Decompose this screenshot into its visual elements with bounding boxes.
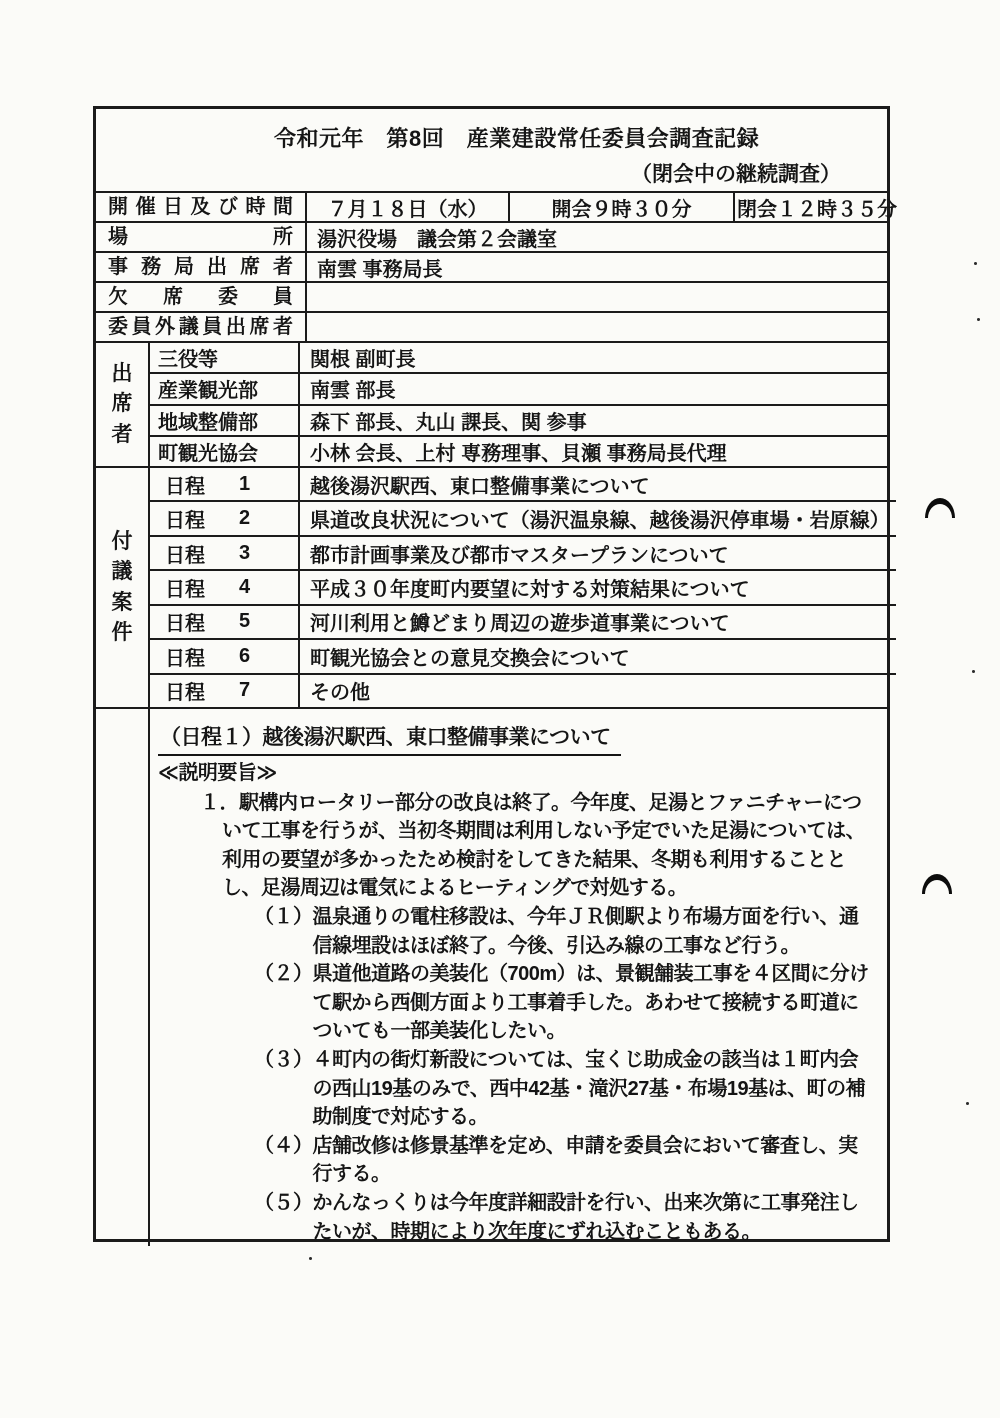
scan-artifact-arc — [925, 498, 955, 518]
agenda-label: 日程 — [165, 676, 205, 705]
agenda-row: 日程2 県道改良状況について（湯沢温泉線、越後湯沢停車場・岩原線） — [150, 500, 896, 534]
agenda-item-number: 日程7 — [150, 675, 300, 707]
summary-subitem: （５） かんなっくりは今年度詳細設計を行い、出来次第に工事発注したいが、時期によ… — [254, 1189, 873, 1246]
subitem-text: 店舗改修は修景基準を定め、申請を委員会において審査し、実行する。 — [313, 1132, 874, 1189]
attendee-category: 町観光協会 — [150, 437, 300, 466]
agenda-row: 日程4 平成３０年度町内要望に対する対策結果について — [150, 569, 896, 603]
attendee-category: 三役等 — [150, 343, 300, 372]
agenda-item-title: 越後湯沢駅西、東口整備事業について — [300, 468, 896, 500]
value-absent-members — [305, 283, 887, 311]
subitem-text: ４町内の街灯新設については、宝くじ助成金の該当は１町内会の西山19基のみで、西中… — [313, 1046, 874, 1132]
scan-artifact-dot — [966, 1102, 969, 1105]
agenda-item-number: 日程2 — [150, 502, 300, 534]
summary-subitem: （４） 店舗改修は修景基準を定め、申請を委員会において審査し、実行する。 — [254, 1132, 873, 1189]
agenda-item-title: 町観光協会との意見交換会について — [300, 640, 896, 672]
agenda-vertical-label: 付議案件 — [96, 468, 148, 707]
meeting-record-table: 令和元年 第8回 産業建設常任委員会調査記録 （閉会中の継続調査） 開催日及び時… — [93, 106, 890, 1242]
subitem-number: （４） — [254, 1132, 313, 1189]
subitem-number: （３） — [254, 1046, 313, 1132]
title-block: 令和元年 第8回 産業建設常任委員会調査記録 （閉会中の継続調査） — [96, 109, 887, 193]
subitem-text: 温泉通りの電柱移設は、今年ＪＲ側駅より布場方面を行い、通信線埋設はほぼ終了。今後… — [313, 903, 874, 960]
agenda-number: 6 — [239, 645, 250, 668]
label-nonmember-attendees: 委員外議員出席者 — [96, 313, 305, 341]
agenda-item-title: 都市計画事業及び都市マスタープランについて — [300, 537, 896, 569]
document-title: 令和元年 第8回 産業建設常任委員会調査記録 — [274, 122, 887, 153]
row-datetime: 開催日及び時間 ７月１８日（水） 開会９時３０分 閉会１２時３５分 — [96, 193, 887, 223]
attendee-names: 関根 副町長 — [300, 343, 887, 372]
agenda-label: 日程 — [165, 470, 205, 499]
scan-artifact-arc — [922, 874, 952, 894]
minutes-heading: （日程１）越後湯沢駅西、東口整備事業について — [158, 723, 621, 756]
value-close-time: 閉会１２時３５分 — [733, 193, 899, 221]
attendees-section: 出席者 三役等 関根 副町長 産業観光部 南雲 部長 地域整備部 森下 部長、丸… — [96, 343, 887, 468]
summary-subitem: （３） ４町内の街灯新設については、宝くじ助成金の該当は１町内会の西山19基のみ… — [254, 1046, 873, 1132]
label-place: 場所 — [96, 223, 305, 251]
agenda-label: 日程 — [165, 607, 205, 636]
agenda-item-number: 日程5 — [150, 606, 300, 638]
agenda-row: 日程3 都市計画事業及び都市マスタープランについて — [150, 535, 896, 569]
agenda-item-number: 日程4 — [150, 571, 300, 603]
attendee-row: 産業観光部 南雲 部長 — [150, 372, 887, 403]
agenda-label: 日程 — [165, 573, 205, 602]
attendee-row: 地域整備部 森下 部長、丸山 課長、関 参事 — [150, 404, 887, 435]
scan-artifact-dot — [977, 318, 980, 321]
value-secretariat: 南雲 事務局長 — [305, 253, 887, 281]
minutes-content: （日程１）越後湯沢駅西、東口整備事業について ≪説明要旨≫ １．駅構内ロータリー… — [150, 709, 887, 1246]
row-nonmember-attendees: 委員外議員出席者 — [96, 313, 887, 343]
agenda-item-number: 日程1 — [150, 468, 300, 500]
agenda-row: 日程1 越後湯沢駅西、東口整備事業について — [150, 468, 896, 500]
subitem-text: 県道他道路の美装化（700m）は、景観舗装工事を４区間に分けて駅から西側方面より… — [313, 960, 874, 1046]
attendee-row: 三役等 関根 副町長 — [150, 343, 887, 372]
minutes-body-section: （日程１）越後湯沢駅西、東口整備事業について ≪説明要旨≫ １．駅構内ロータリー… — [96, 709, 887, 1246]
agenda-row: 日程6 町観光協会との意見交換会について — [150, 638, 896, 672]
row-absent-members: 欠席委員 — [96, 283, 887, 313]
agenda-number: 7 — [239, 679, 250, 702]
subitem-text: かんなっくりは今年度詳細設計を行い、出来次第に工事発注したいが、時期により次年度… — [313, 1189, 874, 1246]
subitem-number: （２） — [254, 960, 313, 1046]
agenda-item-title: 河川利用と鱒どまり周辺の遊歩道事業について — [300, 606, 896, 638]
label-datetime: 開催日及び時間 — [96, 193, 305, 221]
attendees-vertical-label: 出席者 — [96, 343, 148, 466]
value-date: ７月１８日（水） — [305, 193, 508, 221]
attendee-names: 小林 会長、上村 専務理事、貝瀬 事務局長代理 — [300, 437, 887, 466]
agenda-section: 付議案件 日程1 越後湯沢駅西、東口整備事業について 日程2 県道改良状況につい… — [96, 468, 887, 709]
agenda-row: 日程7 その他 — [150, 673, 896, 707]
scan-artifact-dot — [974, 262, 977, 265]
summary-marker: ≪説明要旨≫ — [158, 759, 873, 788]
attendees-rows: 三役等 関根 副町長 産業観光部 南雲 部長 地域整備部 森下 部長、丸山 課長… — [148, 343, 887, 466]
subitem-number: （５） — [254, 1189, 313, 1246]
agenda-label: 日程 — [165, 539, 205, 568]
agenda-item-number: 日程6 — [150, 640, 300, 672]
attendee-row: 町観光協会 小林 会長、上村 専務理事、貝瀬 事務局長代理 — [150, 435, 887, 466]
value-nonmember-attendees — [305, 313, 887, 341]
scan-artifact-dot — [972, 670, 975, 673]
agenda-number: 2 — [239, 507, 250, 530]
agenda-number: 3 — [239, 542, 250, 565]
label-secretariat: 事務局出席者 — [96, 253, 305, 281]
agenda-rows: 日程1 越後湯沢駅西、東口整備事業について 日程2 県道改良状況について（湯沢温… — [148, 468, 896, 707]
agenda-number: 5 — [239, 610, 250, 633]
minutes-left-margin-cell — [96, 709, 150, 1246]
label-absent-members: 欠席委員 — [96, 283, 305, 311]
attendee-names: 南雲 部長 — [300, 374, 887, 403]
agenda-label: 日程 — [165, 642, 205, 671]
agenda-number: 4 — [239, 576, 250, 599]
value-place: 湯沢役場 議会第２会議室 — [305, 223, 887, 251]
document-subtitle: （閉会中の継続調査） — [96, 158, 887, 188]
scan-artifact-dot — [309, 1257, 312, 1260]
row-place: 場所 湯沢役場 議会第２会議室 — [96, 223, 887, 253]
agenda-label: 日程 — [165, 504, 205, 533]
agenda-item-number: 日程3 — [150, 537, 300, 569]
attendee-category: 産業観光部 — [150, 374, 300, 403]
attendee-names: 森下 部長、丸山 課長、関 参事 — [300, 406, 887, 435]
subitem-number: （１） — [254, 903, 313, 960]
row-secretariat: 事務局出席者 南雲 事務局長 — [96, 253, 887, 283]
summary-subitem: （２） 県道他道路の美装化（700m）は、景観舗装工事を４区間に分けて駅から西側… — [254, 960, 873, 1046]
summary-item-text: 駅構内ロータリー部分の改良は終了。今年度、足湯とファニチャーについて工事を行うが… — [222, 792, 865, 900]
summary-subitem: （１） 温泉通りの電柱移設は、今年ＪＲ側駅より布場方面を行い、通信線埋設はほぼ終… — [254, 903, 873, 960]
agenda-number: 1 — [239, 473, 250, 496]
attendee-category: 地域整備部 — [150, 406, 300, 435]
agenda-row: 日程5 河川利用と鱒どまり周辺の遊歩道事業について — [150, 604, 896, 638]
value-open-time: 開会９時３０分 — [508, 193, 733, 221]
agenda-item-title: 県道改良状況について（湯沢温泉線、越後湯沢停車場・岩原線） — [300, 502, 896, 534]
agenda-item-title: その他 — [300, 675, 896, 707]
scanned-document-page: 令和元年 第8回 産業建設常任委員会調査記録 （閉会中の継続調査） 開催日及び時… — [0, 0, 1000, 1418]
summary-item-number: １． — [200, 792, 239, 814]
agenda-item-title: 平成３０年度町内要望に対する対策結果について — [300, 571, 896, 603]
summary-item-1: １．駅構内ロータリー部分の改良は終了。今年度、足湯とファニチャーについて工事を行… — [200, 789, 873, 903]
